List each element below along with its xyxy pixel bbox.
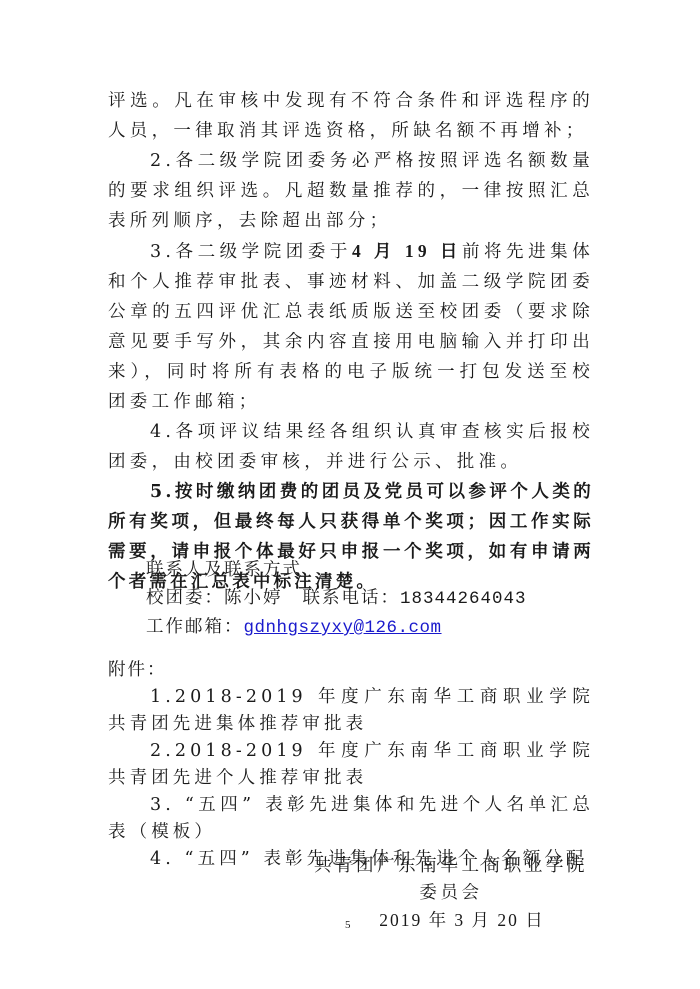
paragraph-item-3: 3.各二级学院团委于4 月 19 日前将先进集体和个人推荐审批表、事迹材料、加盖… xyxy=(108,236,594,417)
item-3-text-after: 前将先进集体和个人推荐审批表、事迹材料、加盖二级学院团委公章的五四评优汇总表纸质… xyxy=(108,242,594,412)
page-number: 5 xyxy=(345,919,351,931)
contact-person-row: 校团委：陈小婷联系电话：18344264043 xyxy=(146,584,527,613)
document-page: 评选。凡在审核中发现有不符合条件和评选程序的人员，一律取消其评选资格，所缺名额不… xyxy=(0,0,700,989)
contact-block: 联系人及联系方式 校团委：陈小婷联系电话：18344264043 工作邮箱：gd… xyxy=(146,556,527,642)
attachments-label: 附件： xyxy=(108,656,167,684)
body-text: 评选。凡在审核中发现有不符合条件和评选程序的人员，一律取消其评选资格，所缺名额不… xyxy=(108,86,594,597)
signature-org: 共青团广东南华工商职业学院委员会 xyxy=(308,853,594,907)
attachment-item-2: 2.2018-2019 年度广东南华工商职业学院共青团先进个人推荐审批表 xyxy=(108,738,594,792)
paragraph-item-2: 2.各二级学院团委务必严格按照评选名额数量的要求组织评选。凡超数量推荐的，一律按… xyxy=(108,146,594,236)
contact-email-row: 工作邮箱：gdnhgszyxy@126.com xyxy=(146,613,527,642)
paragraph-item-4: 4.各项评议结果经各组织认真审查核实后报校团委，由校团委审核，并进行公示、批准。 xyxy=(108,417,594,477)
attachment-item-1: 1.2018-2019 年度广东南华工商职业学院共青团先进集体推荐审批表 xyxy=(108,684,594,738)
attachments-list: 1.2018-2019 年度广东南华工商职业学院共青团先进集体推荐审批表 2.2… xyxy=(108,684,594,873)
item-3-text-before: 3.各二级学院团委于 xyxy=(150,242,352,262)
contact-person: 陈小婷 xyxy=(224,588,283,608)
deadline-date: 4 月 19 日 xyxy=(352,241,462,261)
paragraph-continuation: 评选。凡在审核中发现有不符合条件和评选程序的人员，一律取消其评选资格，所缺名额不… xyxy=(108,86,594,146)
email-label: 工作邮箱： xyxy=(146,617,244,637)
email-link[interactable]: gdnhgszyxy@126.com xyxy=(244,618,442,638)
org-label: 校团委： xyxy=(146,588,224,608)
phone-number: 18344264043 xyxy=(400,589,527,609)
contact-heading: 联系人及联系方式 xyxy=(146,556,527,584)
phone-label: 联系电话： xyxy=(303,588,401,608)
attachment-item-3: 3. “五四” 表彰先进集体和先进个人名单汇总表（模板） xyxy=(108,792,594,846)
